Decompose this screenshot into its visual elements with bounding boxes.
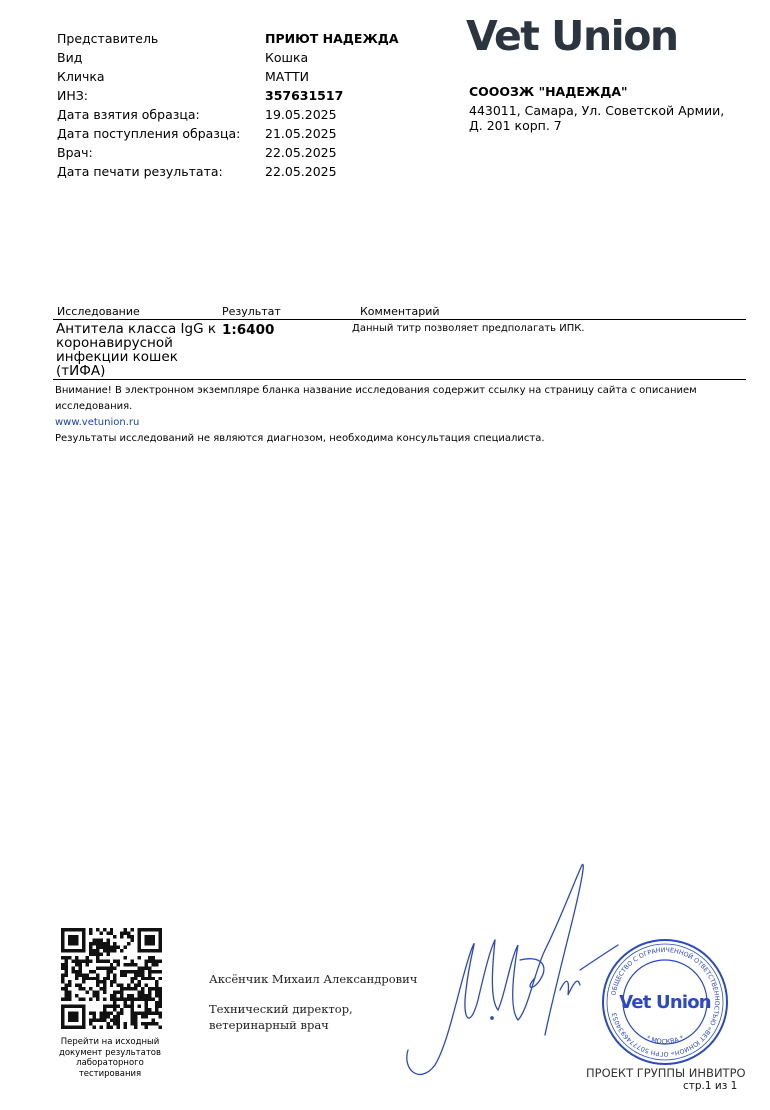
column-header-comment: Комментарий xyxy=(360,305,440,318)
clinic-name: СОООЗЖ "НАДЕЖДА" xyxy=(469,84,739,99)
warning-note: Внимание! В электронном экземпляре бланк… xyxy=(55,383,770,415)
info-row: Дата поступления образца:21.05.2025 xyxy=(57,124,399,143)
info-row: Дата взятия образца:19.05.2025 xyxy=(57,105,399,124)
info-row: ПредставительПРИЮТ НАДЕЖДА xyxy=(57,29,399,48)
info-label: Кличка xyxy=(57,67,265,86)
info-value: 357631517 xyxy=(265,86,343,105)
info-row: ВидКошка xyxy=(57,48,399,67)
info-row: Дата печати результата:22.05.2025 xyxy=(57,162,399,181)
info-value: 19.05.2025 xyxy=(265,105,337,124)
disclaimer: Результаты исследований не являются диаг… xyxy=(55,431,770,447)
patient-info: ПредставительПРИЮТ НАДЕЖДАВидКошкаКличка… xyxy=(57,29,399,181)
page-number: стр.1 из 1 xyxy=(683,1080,737,1092)
info-label: Вид xyxy=(57,48,265,67)
info-label: Дата взятия образца: xyxy=(57,105,265,124)
info-label: Врач: xyxy=(57,143,265,162)
clinic-block: СОООЗЖ "НАДЕЖДА" 443011, Самара, Ул. Сов… xyxy=(469,84,739,133)
signer-title: Технический директор, ветеринарный врач xyxy=(209,1001,353,1033)
signer-title-line-1: Технический директор, xyxy=(209,1001,353,1017)
info-row: Врач:22.05.2025 xyxy=(57,143,399,162)
info-value: МАТТИ xyxy=(265,67,309,86)
test-comment: Данный титр позволяет предполагать ИПК. xyxy=(352,322,585,378)
qr-caption: Перейти на исходный документ результатов… xyxy=(45,1037,175,1079)
signer-name: Аксёнчик Михаил Александрович xyxy=(209,972,417,986)
signature-icon xyxy=(400,860,620,1090)
info-label: Дата поступления образца: xyxy=(57,124,265,143)
svg-text:* МОСКВА *: * МОСКВА * xyxy=(645,1034,685,1046)
info-value: 22.05.2025 xyxy=(265,143,337,162)
info-value: Кошка xyxy=(265,48,308,67)
signer-title-line-2: ветеринарный врач xyxy=(209,1017,353,1033)
table-header: Исследование Результат Комментарий xyxy=(53,303,746,320)
info-value: 21.05.2025 xyxy=(265,124,337,143)
info-row: ИНЗ:357631517 xyxy=(57,86,399,105)
info-label: Дата печати результата: xyxy=(57,162,265,181)
table-row: Антитела класса IgG к коронавирусной инф… xyxy=(53,320,746,380)
notes: Внимание! В электронном экземпляре бланк… xyxy=(55,383,770,447)
test-result: 1:6400 xyxy=(222,322,352,378)
vet-union-logo: Vet Union xyxy=(466,12,678,60)
column-header-result: Результат xyxy=(222,305,360,318)
project-label: ПРОЕКТ ГРУППЫ ИНВИТРО xyxy=(586,1066,746,1080)
qr-code[interactable] xyxy=(61,928,162,1029)
test-name-link[interactable]: Антитела класса IgG к коронавирусной инф… xyxy=(53,322,222,378)
info-row: КличкаМАТТИ xyxy=(57,67,399,86)
info-label: ИНЗ: xyxy=(57,86,265,105)
results-table: Исследование Результат Комментарий Антит… xyxy=(53,303,746,380)
info-value: 22.05.2025 xyxy=(265,162,337,181)
column-header-test: Исследование xyxy=(53,305,222,318)
clinic-address: 443011, Самара, Ул. Советской Армии, Д. … xyxy=(469,103,739,133)
website-link[interactable]: www.vetunion.ru xyxy=(55,417,139,428)
info-value: ПРИЮТ НАДЕЖДА xyxy=(265,29,399,48)
svg-text:Vet Union: Vet Union xyxy=(619,992,711,1013)
info-label: Представитель xyxy=(57,29,265,48)
stamp-icon: ОБЩЕСТВО С ОГРАНИЧЕННОЙ ОТВЕТСТВЕННОСТЬЮ… xyxy=(600,937,730,1067)
